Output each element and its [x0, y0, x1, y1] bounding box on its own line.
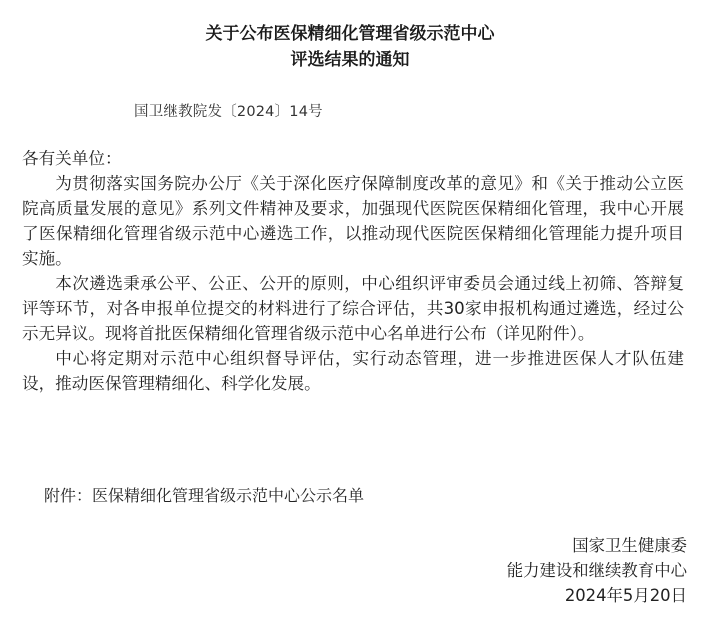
document-body: 各有关单位： 为贯彻落实国务院办公厅《关于深化医疗保障制度改革的意见》和《关于推…	[22, 146, 684, 396]
paragraph-1: 为贯彻落实国务院办公厅《关于深化医疗保障制度改革的意见》和《关于推动公立医院高质…	[22, 171, 684, 271]
document-title: 关于公布医保精细化管理省级示范中心 评选结果的通知	[0, 21, 702, 73]
signature-org-1: 国家卫生健康委	[507, 533, 687, 558]
document-number: 国卫继教院发〔2024〕14号	[134, 100, 323, 121]
attachment-link[interactable]: 附件：医保精细化管理省级示范中心公示名单	[44, 483, 364, 506]
title-line-1: 关于公布医保精细化管理省级示范中心	[0, 21, 702, 47]
paragraph-3: 中心将定期对示范中心组织督导评估，实行动态管理，进一步推进医保人才队伍建设，推动…	[22, 346, 684, 396]
paragraph-2: 本次遴选秉承公平、公正、公开的原则，中心组织评审委员会通过线上初筛、答辩复评等环…	[22, 271, 684, 346]
signature-block: 国家卫生健康委 能力建设和继续教育中心 2024年5月20日	[507, 533, 687, 608]
signature-org-2: 能力建设和继续教育中心	[507, 558, 687, 583]
salutation: 各有关单位：	[22, 146, 684, 171]
title-line-2: 评选结果的通知	[0, 47, 702, 73]
signature-date: 2024年5月20日	[507, 583, 687, 608]
